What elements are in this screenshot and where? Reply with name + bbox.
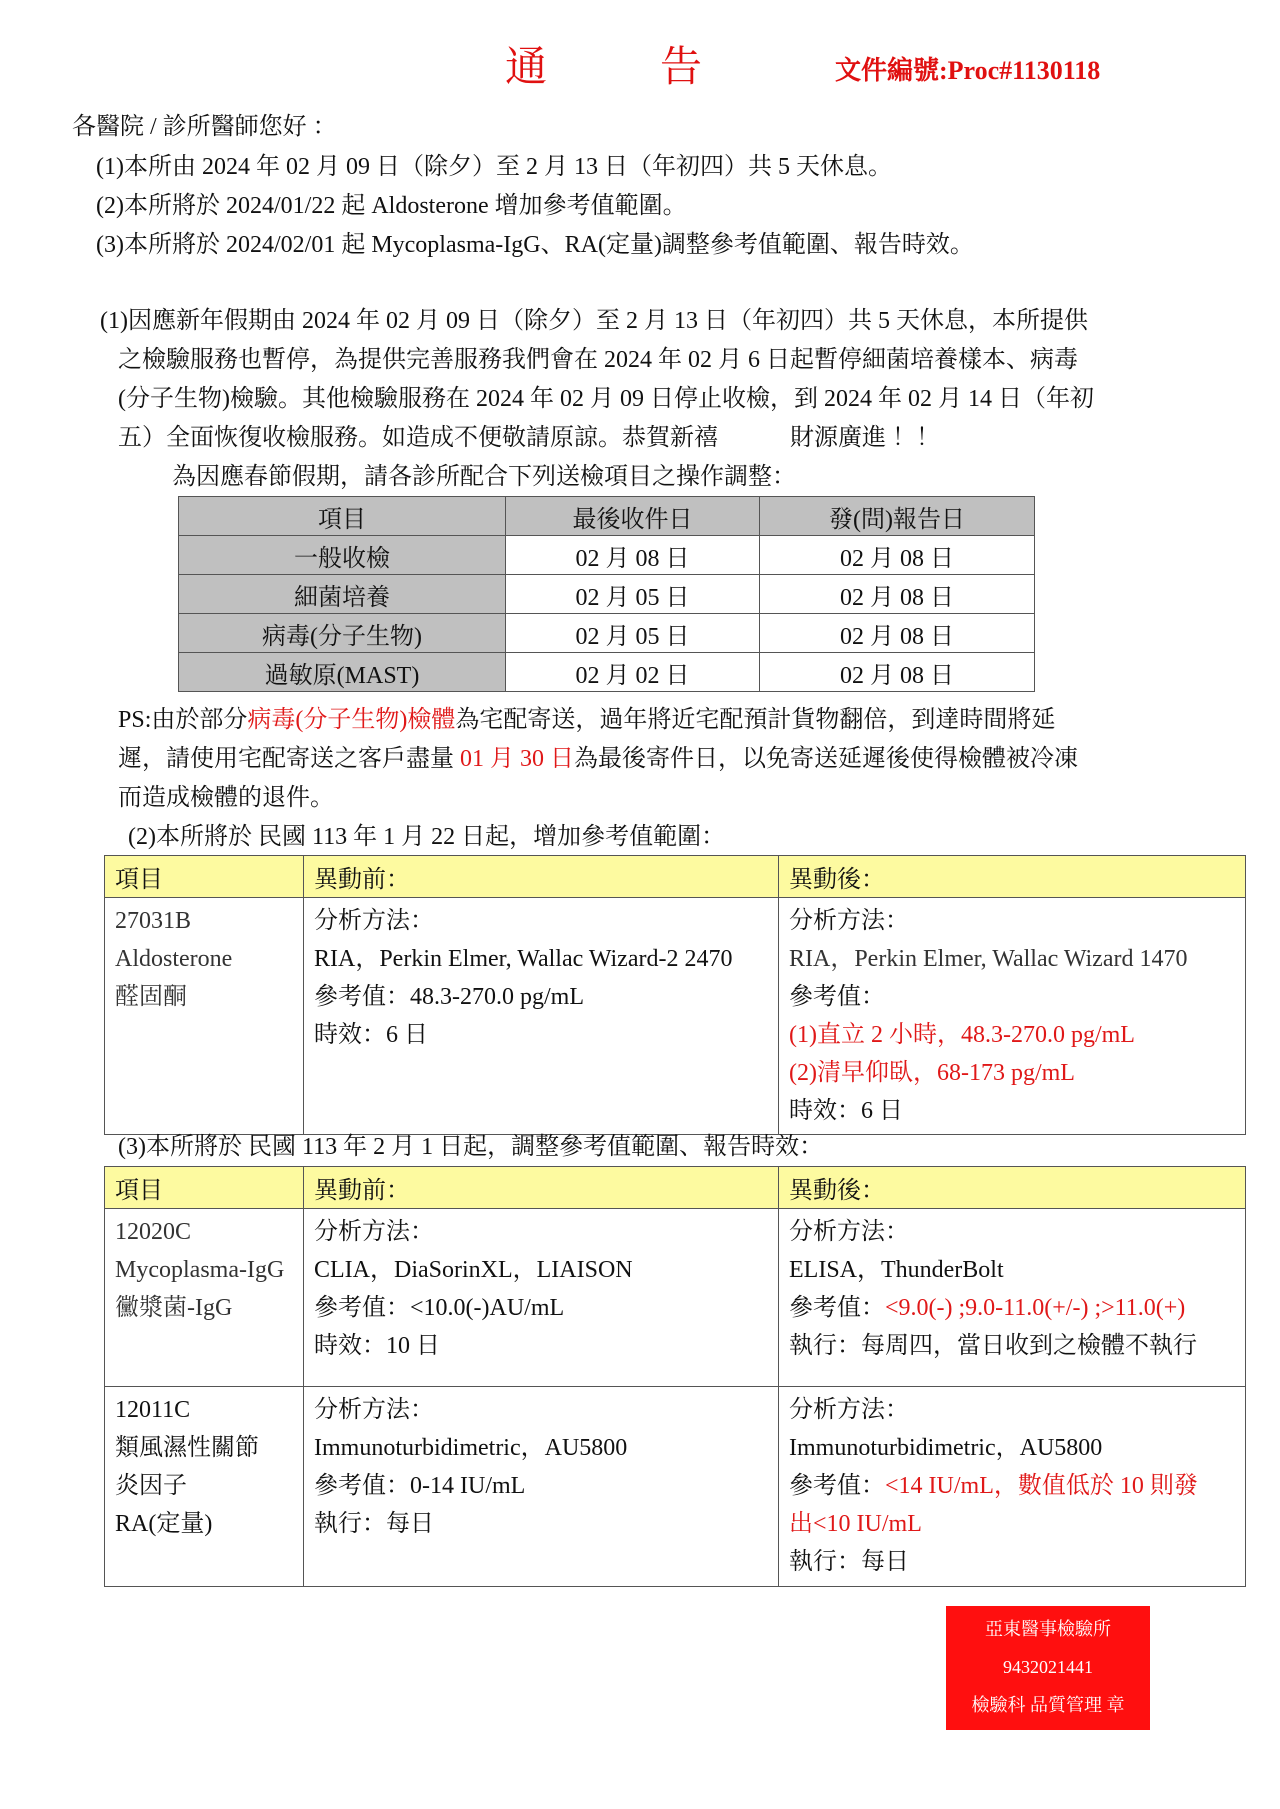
row-item: 過敏原(MAST)	[179, 653, 506, 692]
method-label: 分析方法：	[789, 902, 1235, 940]
ps-line-2: 遲，請使用宅配寄送之客戶盡量 01 月 30 日為最後寄件日，以免寄送延遲後使得…	[118, 744, 1078, 774]
header-item: 項目	[179, 497, 506, 536]
row-last-receive: 02 月 05 日	[506, 614, 760, 653]
ps-line-1: PS:由於部分病毒(分子生物)檢體為宅配寄送，過年將近宅配預計貨物翻倍，到達時間…	[118, 705, 1055, 735]
method-value: CLIA，DiaSorinXL，LIAISON	[314, 1251, 768, 1289]
turnaround-time: 時效：6 日	[314, 1016, 768, 1054]
header-before: 異動前：	[304, 856, 779, 898]
turnaround-time: 時效：6 日	[789, 1092, 1235, 1130]
item-code: 27031B	[115, 902, 293, 940]
notice-title-char-2: 告	[660, 46, 702, 88]
reference-line: 參考值：<14 IU/mL，數值低於 10 則發	[789, 1467, 1235, 1505]
item-name-en: Mycoplasma-IgG	[115, 1251, 293, 1289]
schedule-table-intro: 為因應春節假期，請各診所配合下列送檢項目之操作調整：	[172, 462, 796, 492]
reference-label: 參考值：	[789, 1295, 885, 1321]
ps-highlight-specimen: 病毒(分子生物)檢體	[247, 707, 455, 733]
notice-title-char-1: 通	[505, 46, 547, 88]
reference-value-cont: 出<10 IU/mL	[789, 1505, 1235, 1543]
row-item: 病毒(分子生物)	[179, 614, 506, 653]
summary-item-3: (3)本所將於 2024/02/01 起 Mycoplasma-IgG、RA(定…	[96, 230, 974, 260]
table-row: 過敏原(MAST) 02 月 02 日 02 月 08 日	[179, 653, 1035, 692]
reference-value: 參考值：48.3-270.0 pg/mL	[314, 978, 768, 1016]
ps-text: 為宅配寄送，過年將近宅配預計貨物翻倍，到達時間將延	[455, 707, 1055, 733]
header-item: 項目	[105, 1167, 304, 1209]
stamp-lab-name: 亞東醫事檢驗所	[946, 1610, 1150, 1648]
summary-item-1: (1)本所由 2024 年 02 月 09 日（除夕）至 2 月 13 日（年初…	[96, 152, 892, 182]
turnaround-time: 時效：10 日	[314, 1327, 768, 1365]
header-after: 異動後：	[779, 856, 1246, 898]
section2-intro: (2)本所將於 民國 113 年 1 月 22 日起，增加參考值範圍：	[128, 822, 725, 852]
table-header-row: 項目 異動前： 異動後：	[105, 1167, 1246, 1209]
header-before: 異動前：	[304, 1167, 779, 1209]
mycoplasma-ra-change-table: 項目 異動前： 異動後： 12020C Mycoplasma-IgG 黴漿菌-I…	[104, 1166, 1246, 1587]
method-value: RIA，Perkin Elmer, Wallac Wizard-2 2470	[314, 940, 768, 978]
after-cell: 分析方法： RIA，Perkin Elmer, Wallac Wizard 14…	[779, 898, 1246, 1135]
before-cell: 分析方法： Immunoturbidimetric，AU5800 參考值：0-1…	[304, 1387, 779, 1587]
ps-line-3: 而造成檢體的退件。	[118, 783, 334, 813]
reference-value: 參考值：0-14 IU/mL	[314, 1467, 768, 1505]
method-label: 分析方法：	[314, 1391, 768, 1429]
method-value: Immunoturbidimetric，AU5800	[789, 1429, 1235, 1467]
item-name-zh: 黴漿菌-IgG	[115, 1289, 293, 1327]
table-row: 細菌培養 02 月 05 日 02 月 08 日	[179, 575, 1035, 614]
reference-value: <9.0(-) ;9.0-11.0(+/-) ;>11.0(+)	[885, 1295, 1185, 1321]
header-report-date: 發(問)報告日	[760, 497, 1035, 536]
holiday-schedule-table: 項目 最後收件日 發(問)報告日 一般收檢 02 月 08 日 02 月 08 …	[178, 496, 1035, 692]
item-cell: 12020C Mycoplasma-IgG 黴漿菌-IgG	[105, 1209, 304, 1387]
reference-value-supine: (2)清早仰臥，68-173 pg/mL	[789, 1054, 1235, 1092]
reference-label: 參考值：	[789, 1473, 885, 1499]
item-cell: 12011C 類風濕性關節 炎因子 RA(定量)	[105, 1387, 304, 1587]
method-label: 分析方法：	[314, 902, 768, 940]
method-value: RIA，Perkin Elmer, Wallac Wizard 1470	[789, 940, 1235, 978]
item-name-abbr: RA(定量)	[115, 1505, 293, 1543]
table-header-row: 項目 異動前： 異動後：	[105, 856, 1246, 898]
row-item: 細菌培養	[179, 575, 506, 614]
item-name-zh: 醛固酮	[115, 978, 293, 1016]
lab-seal-stamp: 亞東醫事檢驗所 9432021441 檢驗科 品質管理 章	[946, 1606, 1150, 1730]
item-name-zh-2: 炎因子	[115, 1467, 293, 1505]
row-report-date: 02 月 08 日	[760, 653, 1035, 692]
row-last-receive: 02 月 08 日	[506, 536, 760, 575]
greeting: 各醫院 / 診所醫師您好 ：	[72, 112, 337, 142]
execution-schedule: 執行：每日	[789, 1543, 1235, 1581]
table-header-row: 項目 最後收件日 發(問)報告日	[179, 497, 1035, 536]
method-label: 分析方法：	[789, 1391, 1235, 1429]
section1-line-3: (分子生物)檢驗。其他檢驗服務在 2024 年 02 月 09 日停止收檢，到 …	[118, 384, 1094, 414]
reference-value-upright: (1)直立 2 小時，48.3-270.0 pg/mL	[789, 1016, 1235, 1054]
document-number: 文件編號:Proc#1130118	[835, 58, 1100, 84]
aldosterone-change-table: 項目 異動前： 異動後： 27031B Aldosterone 醛固酮 分析方法…	[104, 855, 1246, 1135]
section1-line-1: (1)因應新年假期由 2024 年 02 月 09 日（除夕）至 2 月 13 …	[100, 306, 1088, 336]
after-cell: 分析方法： Immunoturbidimetric，AU5800 參考值：<14…	[779, 1387, 1246, 1587]
header-after: 異動後：	[779, 1167, 1246, 1209]
item-name-zh-1: 類風濕性關節	[115, 1429, 293, 1467]
table-row: 27031B Aldosterone 醛固酮 分析方法： RIA，Perkin …	[105, 898, 1246, 1135]
reference-line: 參考值：<9.0(-) ;9.0-11.0(+/-) ;>11.0(+)	[789, 1289, 1235, 1327]
table-row: 12020C Mycoplasma-IgG 黴漿菌-IgG 分析方法： CLIA…	[105, 1209, 1246, 1387]
reference-label: 參考值：	[789, 978, 1235, 1016]
item-code: 12011C	[115, 1391, 293, 1429]
row-report-date: 02 月 08 日	[760, 536, 1035, 575]
item-name-en: Aldosterone	[115, 940, 293, 978]
ps-text: 遲，請使用宅配寄送之客戶盡量	[118, 746, 460, 772]
section1-line-2: 之檢驗服務也暫停，為提供完善服務我們會在 2024 年 02 月 6 日起暫停細…	[118, 345, 1078, 375]
before-cell: 分析方法： RIA，Perkin Elmer, Wallac Wizard-2 …	[304, 898, 779, 1135]
summary-item-2: (2)本所將於 2024/01/22 起 Aldosterone 增加參考值範圍…	[96, 191, 687, 221]
row-report-date: 02 月 08 日	[760, 614, 1035, 653]
method-value: Immunoturbidimetric，AU5800	[314, 1429, 768, 1467]
method-label: 分析方法：	[314, 1213, 768, 1251]
ps-highlight-date: 01 月 30 日	[460, 746, 574, 772]
ps-text: 為最後寄件日，以免寄送延遲後使得檢體被冷凍	[574, 746, 1078, 772]
section1-line-4: 五）全面恢復收檢服務。如造成不便敬請原諒。恭賀新禧 財源廣進 ！！	[118, 423, 940, 453]
item-code: 12020C	[115, 1213, 293, 1251]
section3-intro: (3)本所將於 民國 113 年 2 月 1 日起，調整參考值範圍、報告時效：	[118, 1132, 823, 1162]
method-label: 分析方法：	[789, 1213, 1235, 1251]
item-cell: 27031B Aldosterone 醛固酮	[105, 898, 304, 1135]
header-last-receive-date: 最後收件日	[506, 497, 760, 536]
reference-value: <14 IU/mL，數值低於 10 則發	[885, 1473, 1198, 1499]
row-report-date: 02 月 08 日	[760, 575, 1035, 614]
row-last-receive: 02 月 05 日	[506, 575, 760, 614]
table-row: 病毒(分子生物) 02 月 05 日 02 月 08 日	[179, 614, 1035, 653]
before-cell: 分析方法： CLIA，DiaSorinXL，LIAISON 參考值：<10.0(…	[304, 1209, 779, 1387]
row-item: 一般收檢	[179, 536, 506, 575]
table-row: 一般收檢 02 月 08 日 02 月 08 日	[179, 536, 1035, 575]
table-row: 12011C 類風濕性關節 炎因子 RA(定量) 分析方法： Immunotur…	[105, 1387, 1246, 1587]
reference-value: 參考值：<10.0(-)AU/mL	[314, 1289, 768, 1327]
stamp-lab-number: 9432021441	[946, 1648, 1150, 1686]
after-cell: 分析方法： ELISA，ThunderBolt 參考值：<9.0(-) ;9.0…	[779, 1209, 1246, 1387]
header-item: 項目	[105, 856, 304, 898]
execution-schedule: 執行：每周四，當日收到之檢體不執行	[789, 1327, 1235, 1365]
execution-schedule: 執行：每日	[314, 1505, 768, 1543]
stamp-department: 檢驗科 品質管理 章	[946, 1686, 1150, 1724]
ps-text: PS:由於部分	[118, 707, 247, 733]
method-value: ELISA，ThunderBolt	[789, 1251, 1235, 1289]
row-last-receive: 02 月 02 日	[506, 653, 760, 692]
